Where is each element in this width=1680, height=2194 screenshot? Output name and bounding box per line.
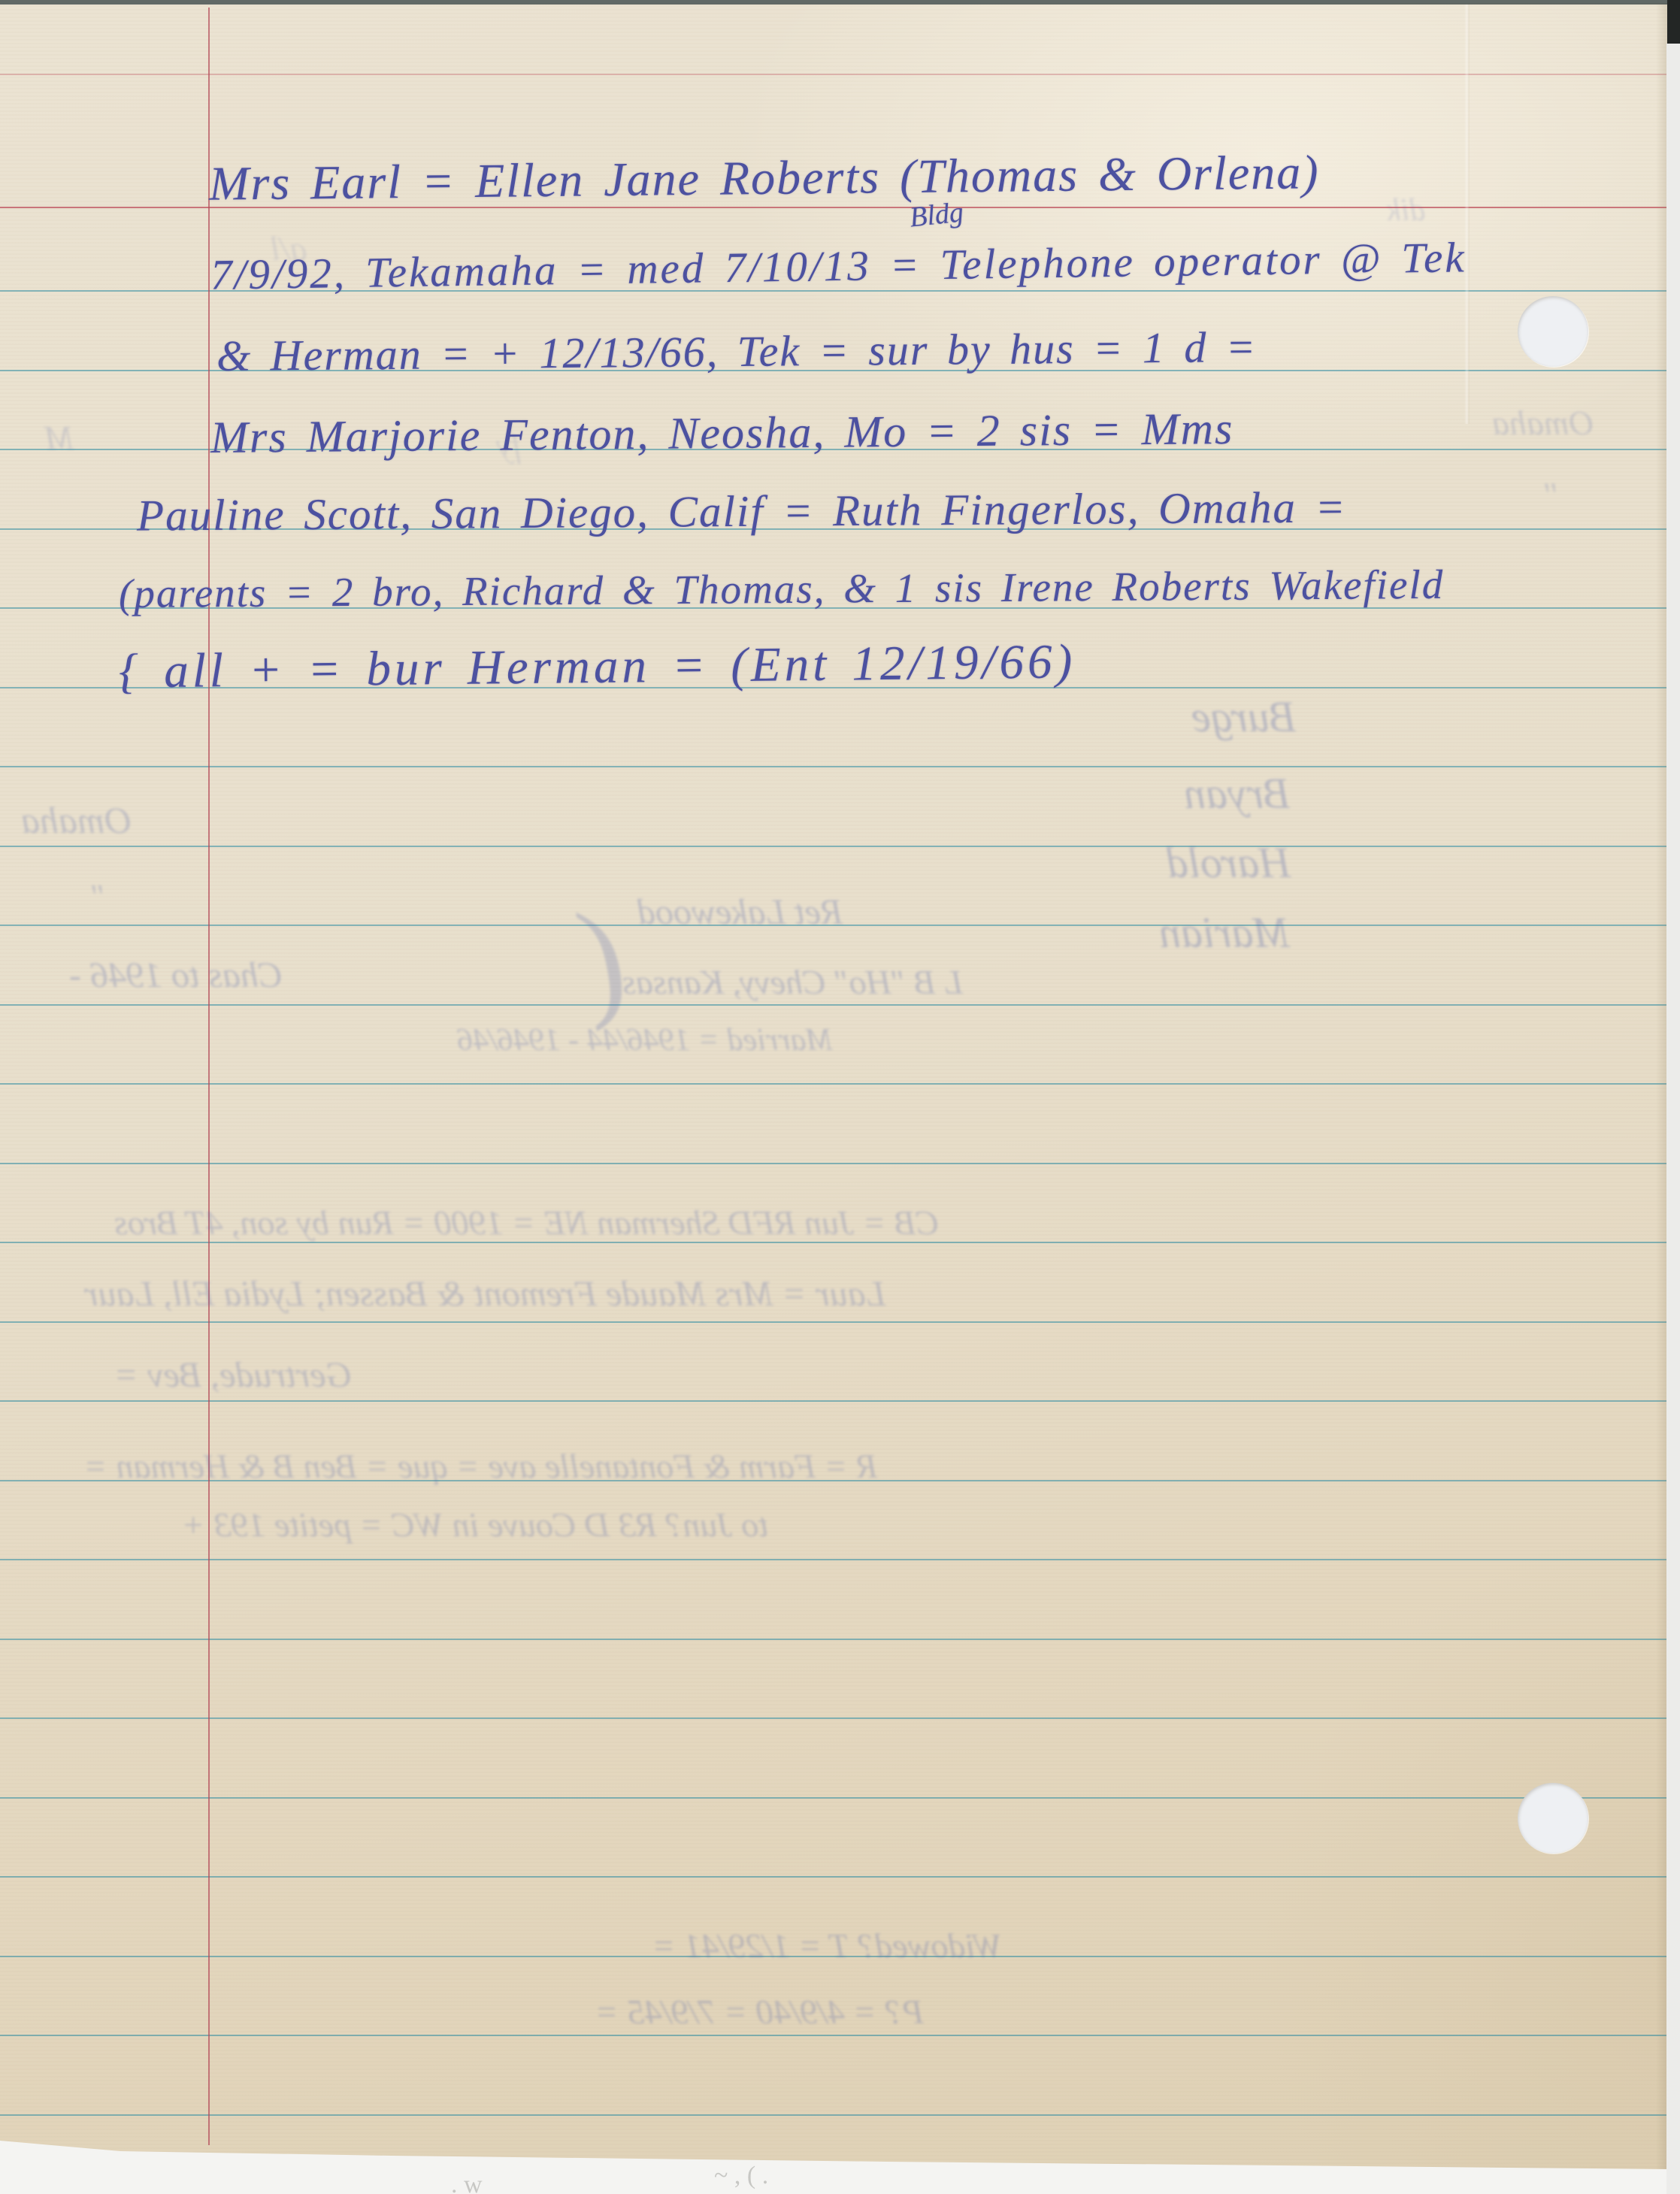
bleedthrough-fragment: Laur = Mrs Maude Fremont & Bassen; Lydia…: [84, 1273, 886, 1315]
bleedthrough-fragment: Gertrude, Bev =: [114, 1354, 352, 1396]
bleedthrough-fragment: CB = Jun RFD Sherman NE = 1900 = Run by …: [114, 1203, 939, 1242]
bleedthrough-fragment: Married = 1946/44 - 1946/46: [457, 1022, 833, 1058]
blue-rule-line: [0, 1321, 1668, 1323]
bleedthrough-fragment: to Jun? R3 D Couve in WC = petite 193 +: [182, 1505, 768, 1545]
blue-rule-line: [0, 1876, 1668, 1878]
handwritten-line: Pauline Scott, San Diego, Calif = Ruth F…: [137, 481, 1347, 541]
bleedthrough-fragment: Widowed? T = 1/29/41 =: [652, 1926, 1002, 1966]
bleedthrough-fragment: R = Farm & Fontanelle ave = que = Ben B …: [84, 1446, 877, 1486]
blue-rule-line: [0, 846, 1668, 847]
blue-rule-line: [0, 1559, 1668, 1560]
blue-rule-line: [0, 1004, 1668, 1006]
bleedthrough-fragment: L B "Ho" Chevy, Kansas: [622, 962, 963, 1002]
scanner-stray-mark: . w: [451, 2171, 483, 2194]
handwritten-line: Mrs Earl = Ellen Jane Roberts (Thomas & …: [209, 144, 1320, 211]
scan-corner-shadow: [1667, 0, 1680, 47]
punch-hole: [1518, 1783, 1588, 1854]
bleedthrough-fragment: ": [1545, 475, 1560, 516]
bleedthrough-fragment: Omaha: [1492, 403, 1594, 443]
notebook-paper: dika/lMfyOmaha"BurgeBryanHaroldMarianOma…: [0, 3, 1668, 2175]
handwritten-superscript: Bldg: [908, 195, 965, 234]
bleedthrough-fragment: ": [92, 876, 106, 916]
blue-rule-line: [0, 1717, 1668, 1719]
blue-rule-line: [0, 1083, 1668, 1085]
blue-rule-line: [0, 2114, 1668, 2116]
handwritten-line: { all + = bur Herman = (Ent 12/19/66): [119, 634, 1076, 700]
bleedthrough-fragment: M: [45, 418, 74, 458]
blue-rule-line: [0, 1639, 1668, 1640]
blue-rule-line: [0, 1163, 1668, 1164]
blue-rule-line: [0, 766, 1668, 767]
scan-top-edge: [0, 0, 1680, 5]
bleedthrough-fragment: Omaha: [21, 798, 132, 842]
bleedthrough-fragment: (: [583, 884, 626, 1035]
bleedthrough-fragment: Chas to 1946 -: [69, 955, 283, 996]
scanned-notebook-page: dika/lMfyOmaha"BurgeBryanHaroldMarianOma…: [0, 0, 1680, 2194]
handwritten-line: & Herman = + 12/13/66, Tek = sur by hus …: [216, 322, 1258, 381]
red-margin-line: [208, 8, 210, 2145]
bleedthrough-fragment: Burge: [1191, 691, 1297, 742]
punch-hole: [1518, 296, 1588, 367]
blue-rule-line: [0, 1400, 1668, 1402]
bleedthrough-fragment: Marian: [1159, 907, 1290, 958]
scanner-stray-mark: ~ , ( .: [714, 2162, 768, 2190]
blue-rule-line: [0, 2035, 1668, 2036]
scanner-background-strip: [1666, 44, 1680, 2194]
handwritten-line: Mrs Marjorie Fenton, Neosha, Mo = 2 sis …: [210, 403, 1234, 464]
bleedthrough-fragment: Harold: [1167, 837, 1291, 888]
bleedthrough-fragment: dik: [1387, 192, 1425, 228]
handwritten-line: (parents = 2 bro, Richard & Thomas, & 1 …: [119, 561, 1445, 617]
red-head-rule: [0, 74, 1668, 75]
bleedthrough-fragment: P? = 4/9/40 = 7/9/45 =: [595, 1992, 924, 2032]
bleedthrough-fragment: Bryan: [1184, 768, 1291, 819]
bleedthrough-fragment: Ret Lakewood: [637, 891, 843, 933]
blue-rule-line: [0, 1797, 1668, 1799]
paper-crease: [1464, 3, 1470, 424]
